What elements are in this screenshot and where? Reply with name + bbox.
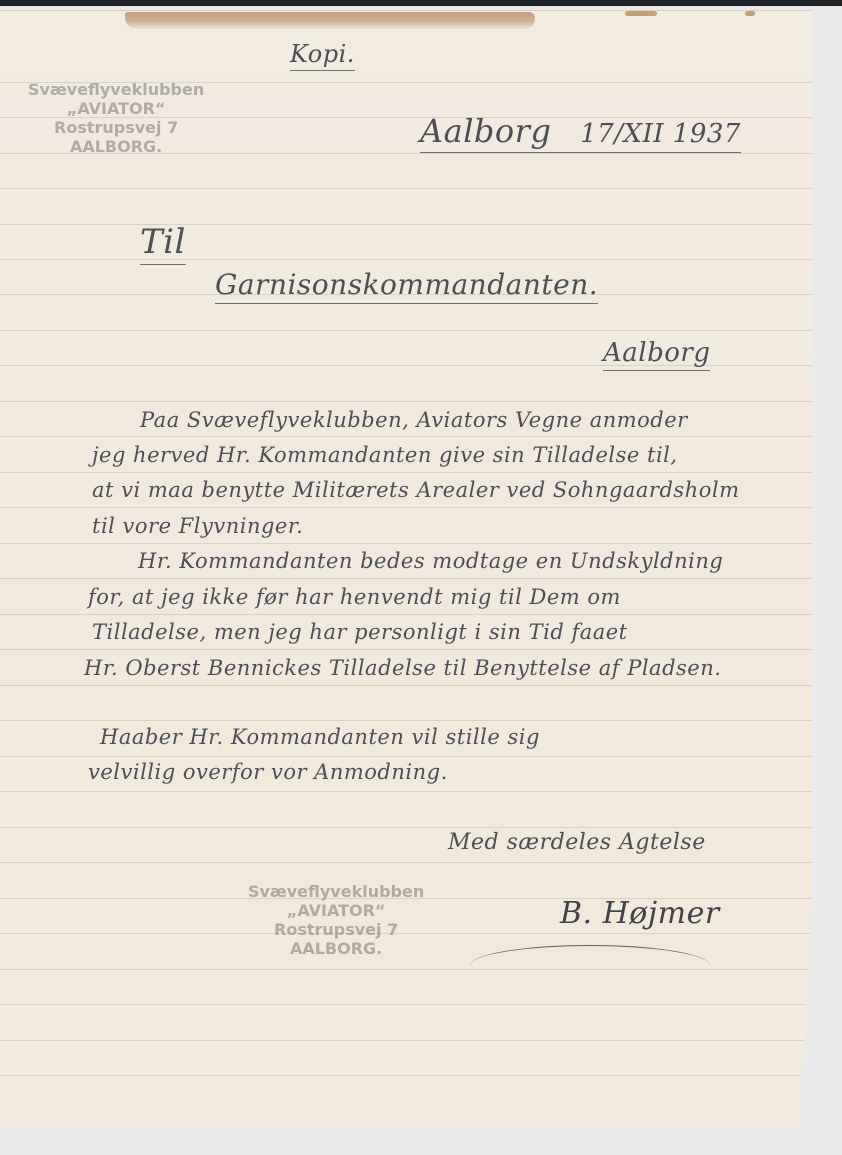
ruled-line — [0, 401, 812, 402]
body-line: for, at jeg ikke før har henvendt mig ti… — [88, 585, 621, 609]
ruled-line — [0, 649, 812, 650]
ruled-line — [0, 862, 812, 863]
ruled-line — [0, 330, 812, 331]
ruled-line — [0, 1075, 812, 1076]
letter-place: Aalborg — [420, 112, 551, 150]
copy-note: Kopi. — [290, 40, 355, 71]
stamp-address: Rostrupsvej 7 — [28, 118, 204, 137]
stamp-club-title: „AVIATOR“ — [248, 901, 424, 920]
ruled-line — [0, 224, 812, 225]
ruled-line — [0, 1004, 812, 1005]
ruled-line — [0, 188, 812, 189]
body-line: at vi maa benytte Militærets Arealer ved… — [92, 478, 739, 502]
ruled-line — [0, 720, 812, 721]
torn-top-edge — [125, 12, 535, 29]
ruled-line — [0, 685, 812, 686]
ruled-line — [0, 507, 812, 508]
body-line: til vore Flyvninger. — [92, 514, 303, 538]
ruled-line — [0, 436, 812, 437]
stamp-club-title: „AVIATOR“ — [28, 99, 204, 118]
ruled-line — [0, 827, 812, 828]
place-date: Aalborg 17/XII 1937 — [420, 112, 741, 153]
scanner-edge — [0, 0, 842, 6]
body-line: Tilladelse, men jeg har personligt i sin… — [92, 620, 628, 644]
rust-stain — [745, 11, 755, 16]
club-stamp-bottom: Svæveflyveklubben „AVIATOR“ Rostrupsvej … — [248, 882, 424, 958]
signature-flourish — [470, 945, 710, 986]
ruled-line — [0, 259, 812, 260]
body-line: Hr. Kommandanten bedes modtage en Undsky… — [138, 549, 723, 573]
signature: B. Højmer — [560, 896, 720, 931]
closing: Med særdeles Agtelse — [448, 830, 706, 855]
scanned-page: Kopi. Svæveflyveklubben „AVIATOR“ Rostru… — [0, 0, 842, 1155]
body-line: Paa Svæveflyveklubben, Aviators Vegne an… — [140, 408, 688, 432]
rust-stain — [625, 11, 657, 16]
stamp-club-name: Svæveflyveklubben — [248, 882, 424, 901]
body-line: jeg herved Hr. Kommandanten give sin Til… — [92, 443, 678, 467]
ruled-line — [0, 543, 812, 544]
body-line: Hr. Oberst Bennickes Tilladelse til Beny… — [84, 656, 721, 680]
ruled-line — [0, 791, 812, 792]
ruled-line — [0, 614, 812, 615]
stamp-city: AALBORG. — [28, 137, 204, 156]
body-line: velvillig overfor vor Anmodning. — [88, 760, 448, 784]
to-label: Til — [140, 222, 186, 265]
letter-date: 17/XII 1937 — [580, 119, 741, 149]
ruled-line — [0, 1040, 812, 1041]
ruled-line — [0, 578, 812, 579]
club-stamp-top: Svæveflyveklubben „AVIATOR“ Rostrupsvej … — [28, 80, 204, 156]
ruled-line — [0, 756, 812, 757]
body-line: Haaber Hr. Kommandanten vil stille sig — [100, 725, 540, 749]
stamp-city: AALBORG. — [248, 939, 424, 958]
stamp-club-name: Svæveflyveklubben — [28, 80, 204, 99]
ruled-line — [0, 472, 812, 473]
stamp-address: Rostrupsvej 7 — [248, 920, 424, 939]
recipient-city: Aalborg — [603, 338, 710, 371]
recipient-name: Garnisonskommandanten. — [215, 268, 598, 304]
